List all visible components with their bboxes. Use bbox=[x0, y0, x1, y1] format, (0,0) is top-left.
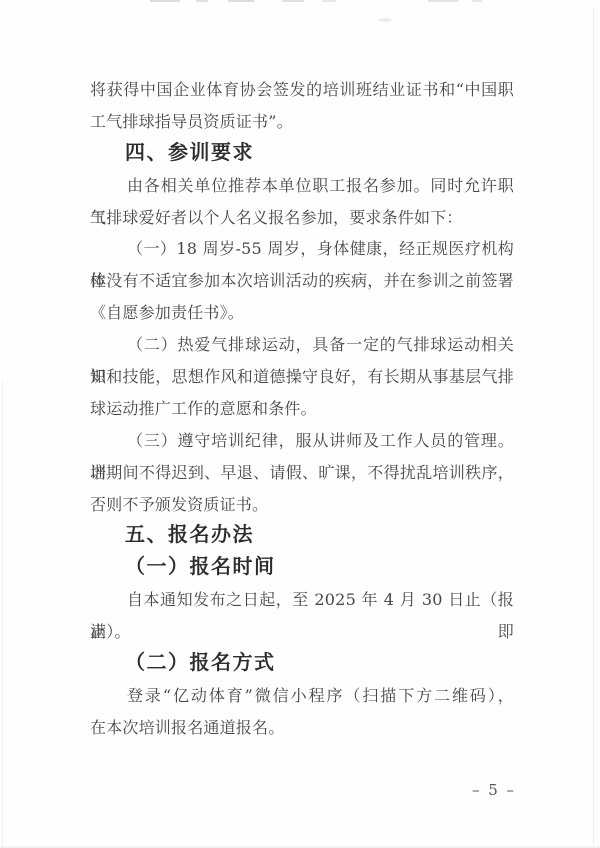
doc-line-20: 登录“亿动体育”微信小程序（扫描下方二维码）， bbox=[90, 680, 514, 712]
subheading-5-1: （一）报名时间 bbox=[90, 552, 514, 584]
doc-line-21: 在本次培训报名通道报名。 bbox=[90, 712, 514, 744]
scan-artifact-smudge bbox=[378, 18, 392, 22]
doc-line-02: 工气排球指导员资质证书”。 bbox=[90, 106, 514, 138]
scan-artifact-top bbox=[228, 0, 254, 2]
doc-line-12: （三）遵守培训纪律，服从讲师及工作人员的管理。培 bbox=[90, 425, 514, 457]
doc-line-11: 球运动推广工作的意愿和条件。 bbox=[90, 393, 514, 425]
scan-artifact-right-edge bbox=[593, 8, 594, 848]
doc-line-13: 训期间不得迟到、早退、请假、旷课，不得扰乱培训秩序， bbox=[90, 457, 514, 489]
doc-line-05: 气排球爱好者以个人名义报名参加，要求条件如下： bbox=[90, 202, 514, 234]
document-page: 将获得中国企业体育协会签发的培训班结业证书和“中国职 工气排球指导员资质证书”。… bbox=[0, 0, 600, 848]
scan-artifact-top bbox=[150, 0, 180, 2]
heading-section-4: 四、参训要求 bbox=[90, 138, 514, 170]
subheading-5-2: （二）报名方式 bbox=[90, 648, 514, 680]
scan-artifact-top bbox=[428, 0, 458, 2]
document-body: 将获得中国企业体育协会签发的培训班结业证书和“中国职 工气排球指导员资质证书”。… bbox=[90, 74, 514, 744]
scan-artifact-top bbox=[322, 0, 336, 2]
page-number: – 5 – bbox=[463, 780, 525, 800]
scan-artifact-left-edge bbox=[2, 380, 3, 848]
scan-artifact-top bbox=[282, 0, 304, 2]
doc-line-06: （一）18 周岁-55 周岁，身体健康，经正规医疗机构体 bbox=[90, 233, 514, 265]
doc-line-01: 将获得中国企业体育协会签发的培训班结业证书和“中国职 bbox=[90, 74, 514, 106]
scan-artifact-top bbox=[196, 0, 208, 2]
doc-line-04: 由各相关单位推荐本单位职工报名参加。同时允许职工 bbox=[90, 170, 514, 202]
doc-line-07: 检没有不适宜参加本次培训活动的疾病，并在参训之前签署 bbox=[90, 265, 514, 297]
scan-artifact-top bbox=[472, 0, 482, 2]
doc-line-17: 自本通知发布之日起，至 2025 年 4 月 30 日止（报满即 bbox=[90, 584, 514, 616]
doc-line-14: 否则不予颁发资质证书。 bbox=[90, 489, 514, 521]
doc-line-09: （二）热爱气排球运动，具备一定的气排球运动相关知 bbox=[90, 329, 514, 361]
doc-line-10: 识和技能，思想作风和道德操守良好，有长期从事基层气排 bbox=[90, 361, 514, 393]
doc-line-08: 《自愿参加责任书》。 bbox=[90, 297, 514, 329]
heading-section-5: 五、报名办法 bbox=[90, 520, 514, 552]
